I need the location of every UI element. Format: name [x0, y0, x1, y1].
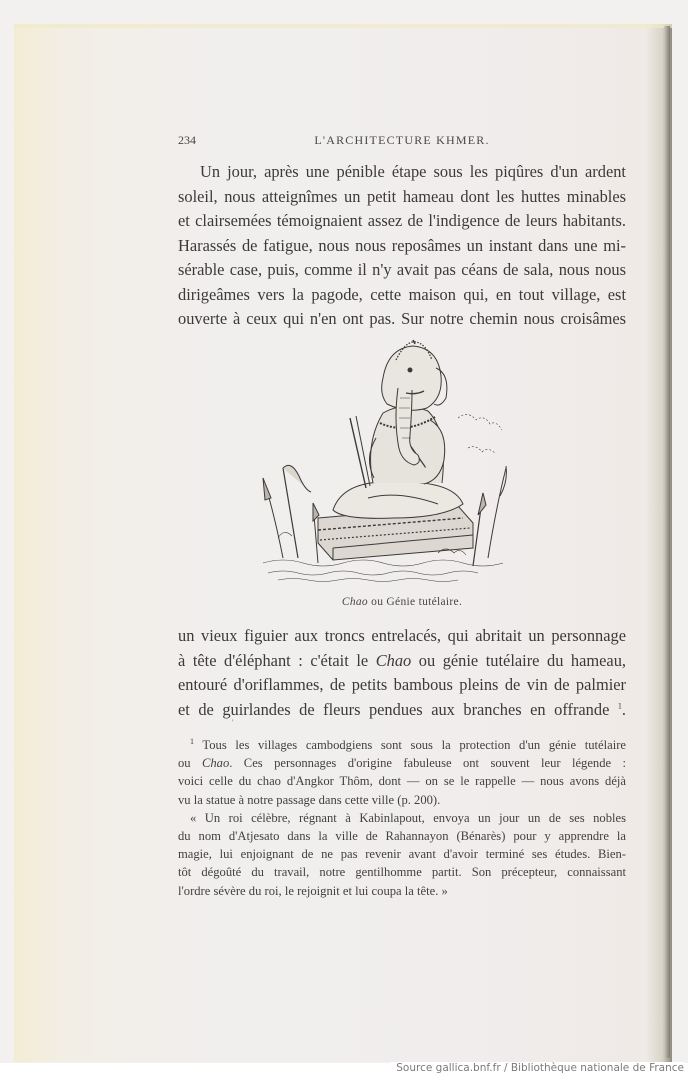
- footnote-line: du nom d'Atjesato dans la ville de Rahan…: [178, 827, 626, 845]
- footnote-line: magie, lui enjoignant de ne pas revenir …: [178, 845, 626, 863]
- text-line: sérable case, puis, comme il n'y avait p…: [178, 258, 626, 283]
- footnote-line: 1 Tous les villages cambodgiens sont sou…: [178, 736, 626, 754]
- figure-caption: Chao ou Génie tutélaire.: [178, 596, 626, 608]
- illustration-chao-statue: [258, 338, 508, 588]
- text-line: et de guirlandes de fleurs pendues aux b…: [178, 698, 626, 723]
- page-top-edge: [14, 24, 672, 28]
- text-line: entouré d'oriflammes, de petits bambous …: [178, 673, 626, 698]
- paragraph-1: Un jour, après une pénible étape sous le…: [178, 160, 626, 332]
- text-line: et clairsemées témoignaient assez de l'i…: [178, 209, 626, 234]
- footnote-line: l'ordre sévère du roi, le rejoignit et l…: [178, 882, 626, 900]
- elephant-statue-engraving-icon: [258, 338, 508, 588]
- running-title: L'ARCHITECTURE KHMER.: [178, 133, 626, 148]
- footnote-line: ou Chao. Ces personnages d'origine fabul…: [178, 754, 626, 772]
- text-line: à tête d'éléphant : c'était le Chao ou g…: [178, 649, 626, 674]
- italic-term: Chao: [376, 651, 412, 670]
- text-segment: ou génie tutélaire du hameau,: [411, 651, 626, 670]
- text-line: Harassés de fatigue, nous nous reposâmes…: [178, 234, 626, 259]
- footnote-line: vu la statue à notre passage dans cette …: [178, 791, 626, 809]
- text-line: Un jour, après une pénible étape sous le…: [178, 160, 626, 185]
- text-segment: . Ces personnages d'origine fabuleuse on…: [229, 756, 626, 770]
- stray-print-mark: ': [232, 718, 233, 727]
- page-header: 234 L'ARCHITECTURE KHMER.: [178, 133, 626, 151]
- footnote-line: voici celle du chao d'Angkor Thôm, dont …: [178, 772, 626, 790]
- italic-term: Chao: [202, 756, 229, 770]
- footnotes: 1 Tous les villages cambodgiens sont sou…: [178, 736, 626, 900]
- text-line: soleil, nous atteignîmes un petit hameau…: [178, 185, 626, 210]
- text-line: dirigeâmes vers la pagode, cette maison …: [178, 283, 626, 308]
- text-segment: et de guirlandes de fleurs pendues aux b…: [178, 700, 609, 719]
- text-segment: à tête d'éléphant : c'était le: [178, 651, 376, 670]
- text-segment: .: [622, 700, 626, 719]
- page-spine-edge: [664, 26, 670, 1058]
- footnote-line: tôt dégoûté du travail, notre gentilhomm…: [178, 863, 626, 881]
- caption-text: ou Génie tutélaire.: [368, 596, 462, 608]
- caption-italic-term: Chao: [342, 596, 368, 608]
- text-segment: Tous les villages cambodgiens sont sous …: [194, 738, 626, 752]
- text-line: ouverte à ceux qui n'en ont pas. Sur not…: [178, 307, 626, 332]
- footnote-line: « Un roi célèbre, régnant à Kabinlapout,…: [178, 809, 626, 827]
- text-segment: ou: [178, 756, 202, 770]
- paragraph-2: un vieux figuier aux troncs entrelacés, …: [178, 624, 626, 722]
- text-line: un vieux figuier aux troncs entrelacés, …: [178, 624, 626, 649]
- source-attribution: Source gallica.bnf.fr / Bibliothèque nat…: [390, 1062, 684, 1074]
